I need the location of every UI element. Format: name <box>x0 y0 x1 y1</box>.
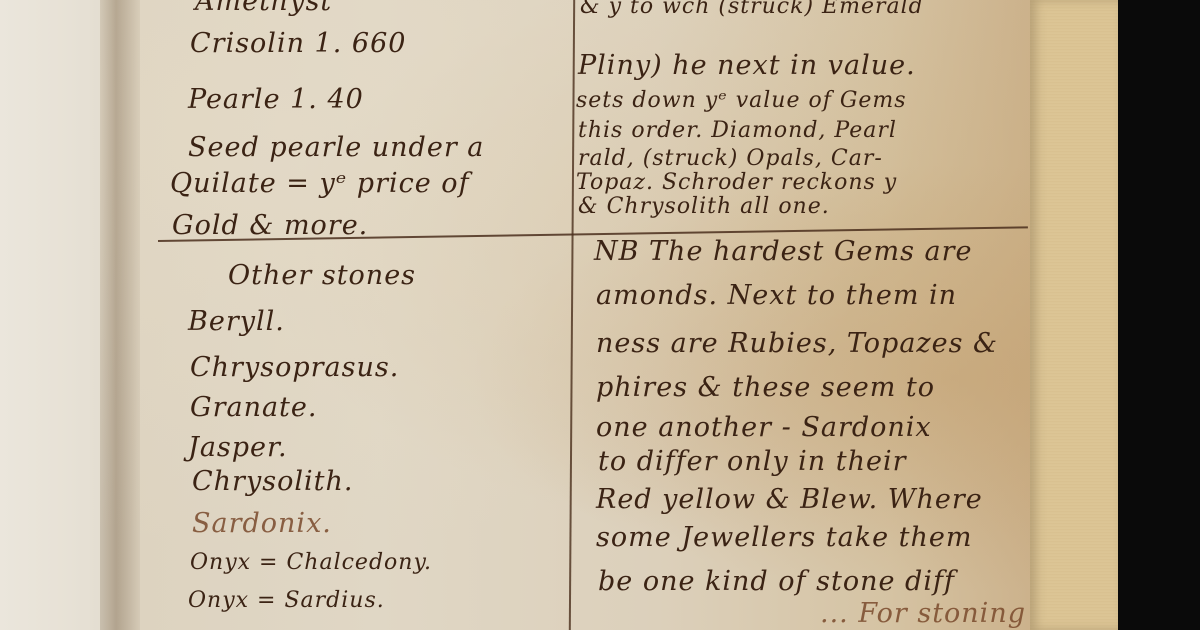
text-line: Pearle 1. 40 <box>188 84 364 115</box>
section-heading: Other stones <box>228 260 416 291</box>
text-line: NB The hardest Gems are <box>594 236 973 267</box>
text-line: Quilate = yᵉ price of <box>170 168 470 199</box>
text-line: rald, (struck) Opals, Car- <box>578 146 883 171</box>
list-item: Onyx = Sardius. <box>188 588 385 613</box>
list-item: Jasper. <box>188 432 288 463</box>
text-line: sets down yᵉ value of Gems <box>576 88 907 113</box>
text-line: Gold & more. <box>172 210 368 241</box>
list-item: Beryll. <box>188 306 285 337</box>
text-line: to differ only in their <box>598 446 907 477</box>
text-line: Amethyst <box>195 0 332 17</box>
list-item: Onyx = Chalcedony. <box>190 550 432 575</box>
list-item: Granate. <box>190 392 317 423</box>
text-line: phires & these seem to <box>596 372 935 403</box>
dark-backing <box>1118 0 1200 630</box>
text-line: ... For stoning <box>820 598 1026 629</box>
text-line: & Chrysolith all one. <box>578 194 830 219</box>
list-item: Chrysolith. <box>192 466 353 497</box>
list-item: Sardonix. <box>192 508 332 539</box>
text-line: amonds. Next to them in <box>596 280 957 311</box>
list-item: Chrysoprasus. <box>190 352 399 383</box>
binding-strip <box>1030 0 1118 630</box>
left-backing-sheet <box>0 0 108 630</box>
text-line: this order. Diamond, Pearl <box>578 118 897 143</box>
text-line: Pliny) he next in value. <box>578 50 916 81</box>
text-line: Red yellow & Blew. Where <box>596 484 983 515</box>
text-line: & y to wch (struck) Emerald <box>580 0 924 19</box>
text-line: Seed pearle under a <box>188 132 484 163</box>
text-line: ness are Rubies, Topazes & <box>596 328 998 359</box>
text-line: Crisolin 1. 660 <box>190 28 406 59</box>
text-line: one another - Sardonix <box>596 412 932 443</box>
page-edge-stain <box>100 0 140 630</box>
text-line: some Jewellers take them <box>596 522 972 553</box>
text-line: be one kind of stone diff <box>598 566 955 597</box>
text-line: Topaz. Schroder reckons y <box>576 170 897 195</box>
